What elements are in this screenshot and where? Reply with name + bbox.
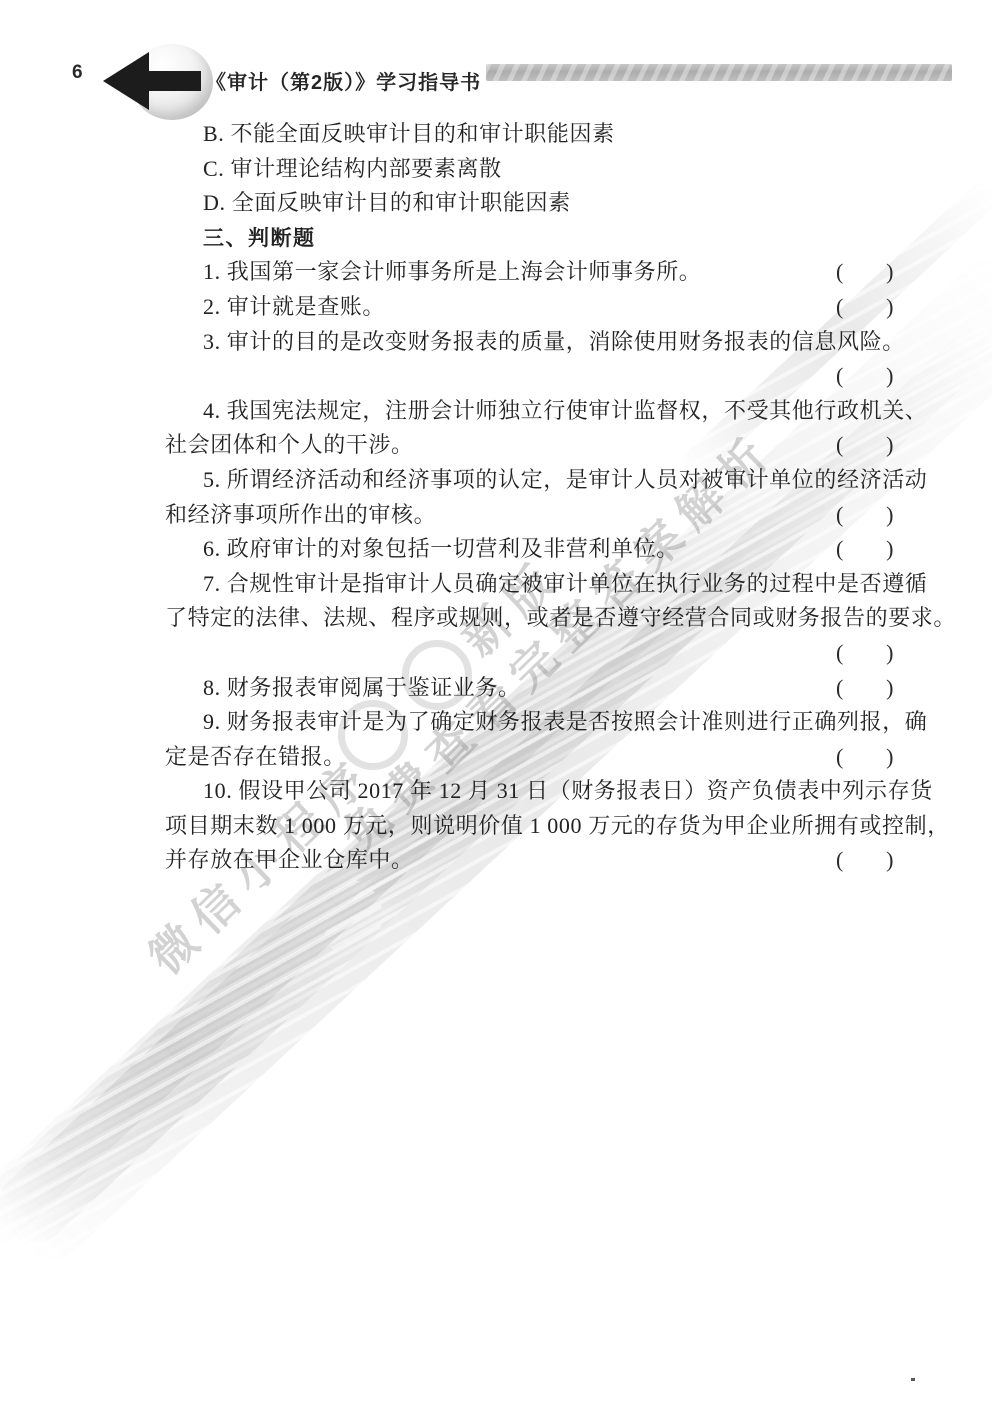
question-10-line-3: 并存放在甲企业仓库中。() [165, 843, 922, 878]
question-3-line: 3. 审计的目的是改变财务报表的质量，消除使用财务报表的信息风险。 [165, 325, 922, 360]
paren-close: ) [886, 636, 894, 671]
answer-blank: () [836, 532, 894, 567]
question-2-line: 2. 审计就是查账。() [165, 290, 922, 325]
paren-open: ( [836, 255, 844, 290]
paren-open: ( [836, 740, 844, 775]
option-c-line: C. 审计理论结构内部要素离散 [165, 152, 922, 187]
question-4-line-2: 社会团体和个人的干涉。() [165, 428, 922, 463]
question-4-line-1: 4. 我国宪法规定，注册会计师独立行使审计监督权，不受其他行政机关、 [165, 394, 922, 429]
question-6-line: 6. 政府审计的对象包括一切营利及非营利单位。() [165, 532, 922, 567]
question-text: 8. 财务报表审阅属于鉴证业务。 [203, 675, 521, 700]
question-text: 3. 审计的目的是改变财务报表的质量，消除使用财务报表的信息风险。 [203, 329, 905, 354]
option-text: B. 不能全面反映审计目的和审计职能因素 [203, 121, 615, 146]
left-arrow-icon [103, 52, 201, 110]
paren-close: ) [886, 498, 894, 533]
question-text: 6. 政府审计的对象包括一切营利及非营利单位。 [203, 536, 679, 561]
answer-blank: () [836, 359, 894, 394]
question-8-line: 8. 财务报表审阅属于鉴证业务。() [165, 671, 922, 706]
question-5-line-2: 和经济事项所作出的审核。() [165, 498, 922, 533]
question-text: 10. 假设甲公司 2017 年 12 月 31 日（财务报表日）资产负债表中列… [203, 778, 933, 803]
question-text: 1. 我国第一家会计师事务所是上海会计师事务所。 [203, 259, 701, 284]
book-page: 微信小程序 新版 免费查看完整答案解析 6 《审计（第2版）》学习指导书 B. … [0, 0, 992, 1403]
page-number: 6 [72, 62, 83, 84]
paren-open: ( [836, 290, 844, 325]
question-text: 并存放在甲企业仓库中。 [165, 847, 414, 872]
answer-blank: () [836, 428, 894, 463]
paren-open: ( [836, 532, 844, 567]
answer-blank: () [836, 671, 894, 706]
answer-blank: () [836, 255, 894, 290]
paren-open: ( [836, 359, 844, 394]
question-10-line-2: 项目期末数 1 000 万元，则说明价值 1 000 万元的存货为甲企业所拥有或… [165, 809, 922, 844]
question-text: 和经济事项所作出的审核。 [165, 502, 436, 527]
answer-blank: () [836, 740, 894, 775]
option-text: D. 全面反映审计目的和审计职能因素 [203, 190, 571, 215]
question-10-line-1: 10. 假设甲公司 2017 年 12 月 31 日（财务报表日）资产负债表中列… [165, 774, 922, 809]
question-text: 社会团体和个人的干涉。 [165, 432, 414, 457]
question-text: 项目期末数 1 000 万元，则说明价值 1 000 万元的存货为甲企业所拥有或… [165, 813, 950, 838]
paren-close: ) [886, 359, 894, 394]
question-1-line: 1. 我国第一家会计师事务所是上海会计师事务所。() [165, 255, 922, 290]
question-7-line-2: 了特定的法律、法规、程序或规则，或者是否遵守经营合同或财务报告的要求。 [165, 601, 922, 636]
question-text: 定是否存在错报。 [165, 744, 346, 769]
question-7-answer-line: () [165, 636, 922, 671]
question-3-answer-line: () [165, 359, 922, 394]
paren-close: ) [886, 843, 894, 878]
scan-speck [911, 1378, 915, 1381]
question-text: 7. 合规性审计是指审计人员确定被审计单位在执行业务的过程中是否遵循 [203, 571, 927, 596]
question-text: 5. 所谓经济活动和经济事项的认定，是审计人员对被审计单位的经济活动 [203, 467, 927, 492]
paren-close: ) [886, 255, 894, 290]
question-9-line-1: 9. 财务报表审计是为了确定财务报表是否按照会计准则进行正确列报，确 [165, 705, 922, 740]
question-text: 4. 我国宪法规定，注册会计师独立行使审计监督权，不受其他行政机关、 [203, 398, 927, 423]
paren-open: ( [836, 498, 844, 533]
question-5-line-1: 5. 所谓经济活动和经济事项的认定，是审计人员对被审计单位的经济活动 [165, 463, 922, 498]
option-text: C. 审计理论结构内部要素离散 [203, 156, 502, 181]
answer-blank: () [836, 843, 894, 878]
page-content: B. 不能全面反映审计目的和审计职能因素 C. 审计理论结构内部要素离散 D. … [165, 117, 922, 878]
question-text: 了特定的法律、法规、程序或规则，或者是否遵守经营合同或财务报告的要求。 [165, 605, 956, 630]
answer-blank: () [836, 636, 894, 671]
paren-close: ) [886, 290, 894, 325]
paren-open: ( [836, 428, 844, 463]
answer-blank: () [836, 290, 894, 325]
question-text: 9. 财务报表审计是为了确定财务报表是否按照会计准则进行正确列报，确 [203, 709, 927, 734]
answer-blank: () [836, 498, 894, 533]
paren-open: ( [836, 636, 844, 671]
paren-close: ) [886, 671, 894, 706]
page-header: 6 《审计（第2版）》学习指导书 [0, 40, 992, 124]
question-9-line-2: 定是否存在错报。() [165, 740, 922, 775]
brush-streak [0, 864, 397, 1258]
header-decor-bar [486, 64, 952, 81]
paren-open: ( [836, 843, 844, 878]
book-title: 《审计（第2版）》学习指导书 [206, 66, 481, 95]
paren-close: ) [886, 428, 894, 463]
question-7-line-1: 7. 合规性审计是指审计人员确定被审计单位在执行业务的过程中是否遵循 [165, 567, 922, 602]
paren-open: ( [836, 671, 844, 706]
back-arrow-sphere-icon [101, 40, 219, 122]
section-title-text: 三、判断题 [203, 227, 316, 250]
section-title-judgment: 三、判断题 [165, 221, 922, 256]
paren-close: ) [886, 532, 894, 567]
option-d-line: D. 全面反映审计目的和审计职能因素 [165, 186, 922, 221]
question-text: 2. 审计就是查账。 [203, 294, 385, 319]
paren-close: ) [886, 740, 894, 775]
